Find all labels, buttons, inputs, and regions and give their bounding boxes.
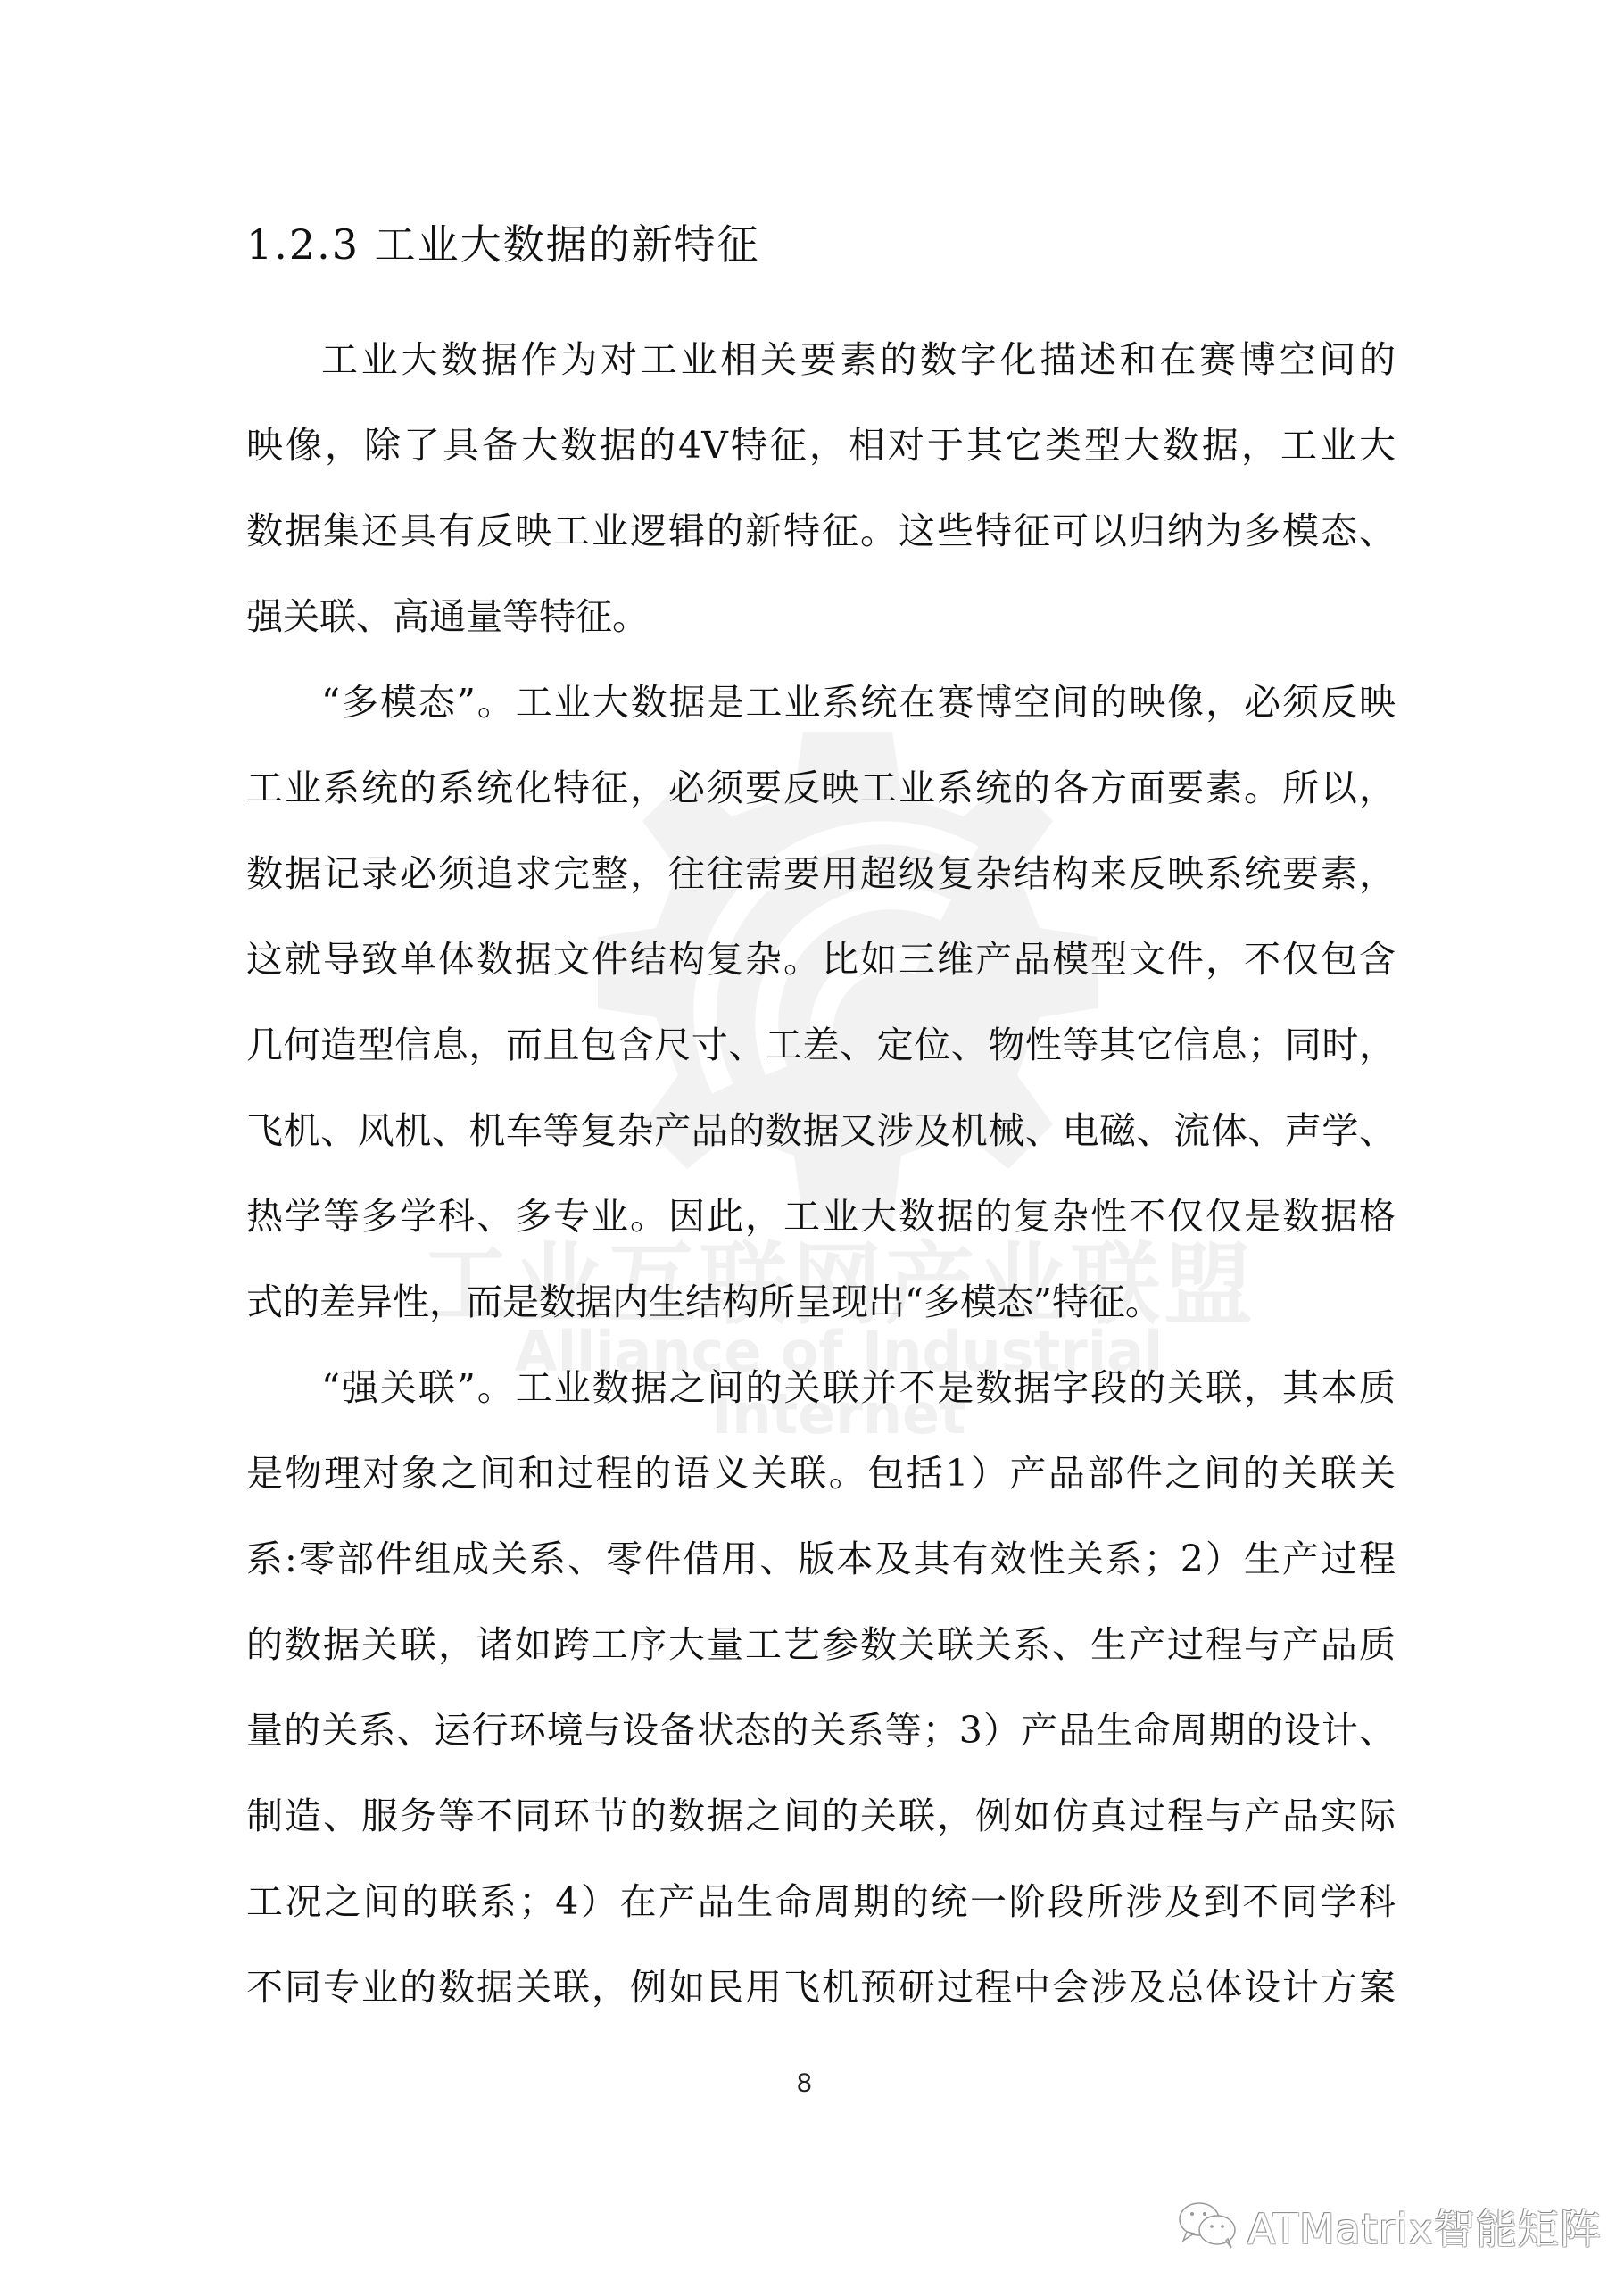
wechat-icon <box>1176 2200 1239 2253</box>
footer-brand: ATMatrix智能矩阵 <box>1176 2197 1602 2256</box>
paragraph-line: 不同专业的数据关联，例如民用飞机预研过程中会涉及总体设计方案 <box>246 1965 1396 2010</box>
paragraph-line: 数据集还具有反映工业逻辑的新特征。这些特征可以归纳为多模态、 <box>246 509 1396 553</box>
paragraph-line: 工业大数据作为对工业相关要素的数字化描述和在赛博空间的 <box>321 337 1396 382</box>
paragraph-line: 这就导致单体数据文件结构复杂。比如三维产品模型文件，不仅包含 <box>246 937 1396 982</box>
section-heading: 1.2.3 工业大数据的新特征 <box>246 212 760 271</box>
paragraph-line: 几何造型信息，而且包含尺寸、工差、定位、物性等其它信息；同时， <box>246 1023 1396 1067</box>
paragraph-line: 的数据关联，诸如跨工序大量工艺参数关联关系、生产过程与产品质 <box>246 1622 1396 1667</box>
paragraph-line: 式的差异性，而是数据内生结构所呈现出“多模态”特征。 <box>246 1280 1396 1324</box>
paragraph-line: 热学等多学科、多专业。因此，工业大数据的复杂性不仅仅是数据格 <box>246 1194 1396 1239</box>
paragraph-line: 系:零部件组成关系、零件借用、版本及其有效性关系；2）生产过程 <box>246 1537 1396 1581</box>
footer-brand-text: ATMatrix智能矩阵 <box>1247 2197 1602 2256</box>
paragraph-line: 数据记录必须追求完整，往往需要用超级复杂结构来反映系统要素， <box>246 851 1396 896</box>
paragraph-line: 量的关系、运行环境与设备状态的关系等；3）产品生命周期的设计、 <box>246 1708 1396 1753</box>
paragraph-line: 映像，除了具备大数据的4V特征，相对于其它类型大数据，工业大 <box>246 423 1396 468</box>
paragraph-line: 制造、服务等不同环节的数据之间的关联，例如仿真过程与产品实际 <box>246 1794 1396 1838</box>
paragraph-line: “多模态”。工业大数据是工业系统在赛博空间的映像，必须反映 <box>321 680 1396 725</box>
page-number: 8 <box>797 2068 812 2099</box>
paragraph-line: 是物理对象之间和过程的语义关联。包括1）产品部件之间的关联关 <box>246 1451 1396 1496</box>
paragraph-line: 飞机、风机、机车等复杂产品的数据又涉及机械、电磁、流体、声学、 <box>246 1108 1396 1153</box>
paragraph-line: 强关联、高通量等特征。 <box>246 594 1396 639</box>
paragraph-line: 工况之间的联系；4）在产品生命周期的统一阶段所涉及到不同学科 <box>246 1879 1396 1924</box>
paragraph-line: 工业系统的系统化特征，必须要反映工业系统的各方面要素。所以， <box>246 766 1396 810</box>
paragraph-line: “强关联”。工业数据之间的关联并不是数据字段的关联，其本质 <box>321 1365 1396 1410</box>
